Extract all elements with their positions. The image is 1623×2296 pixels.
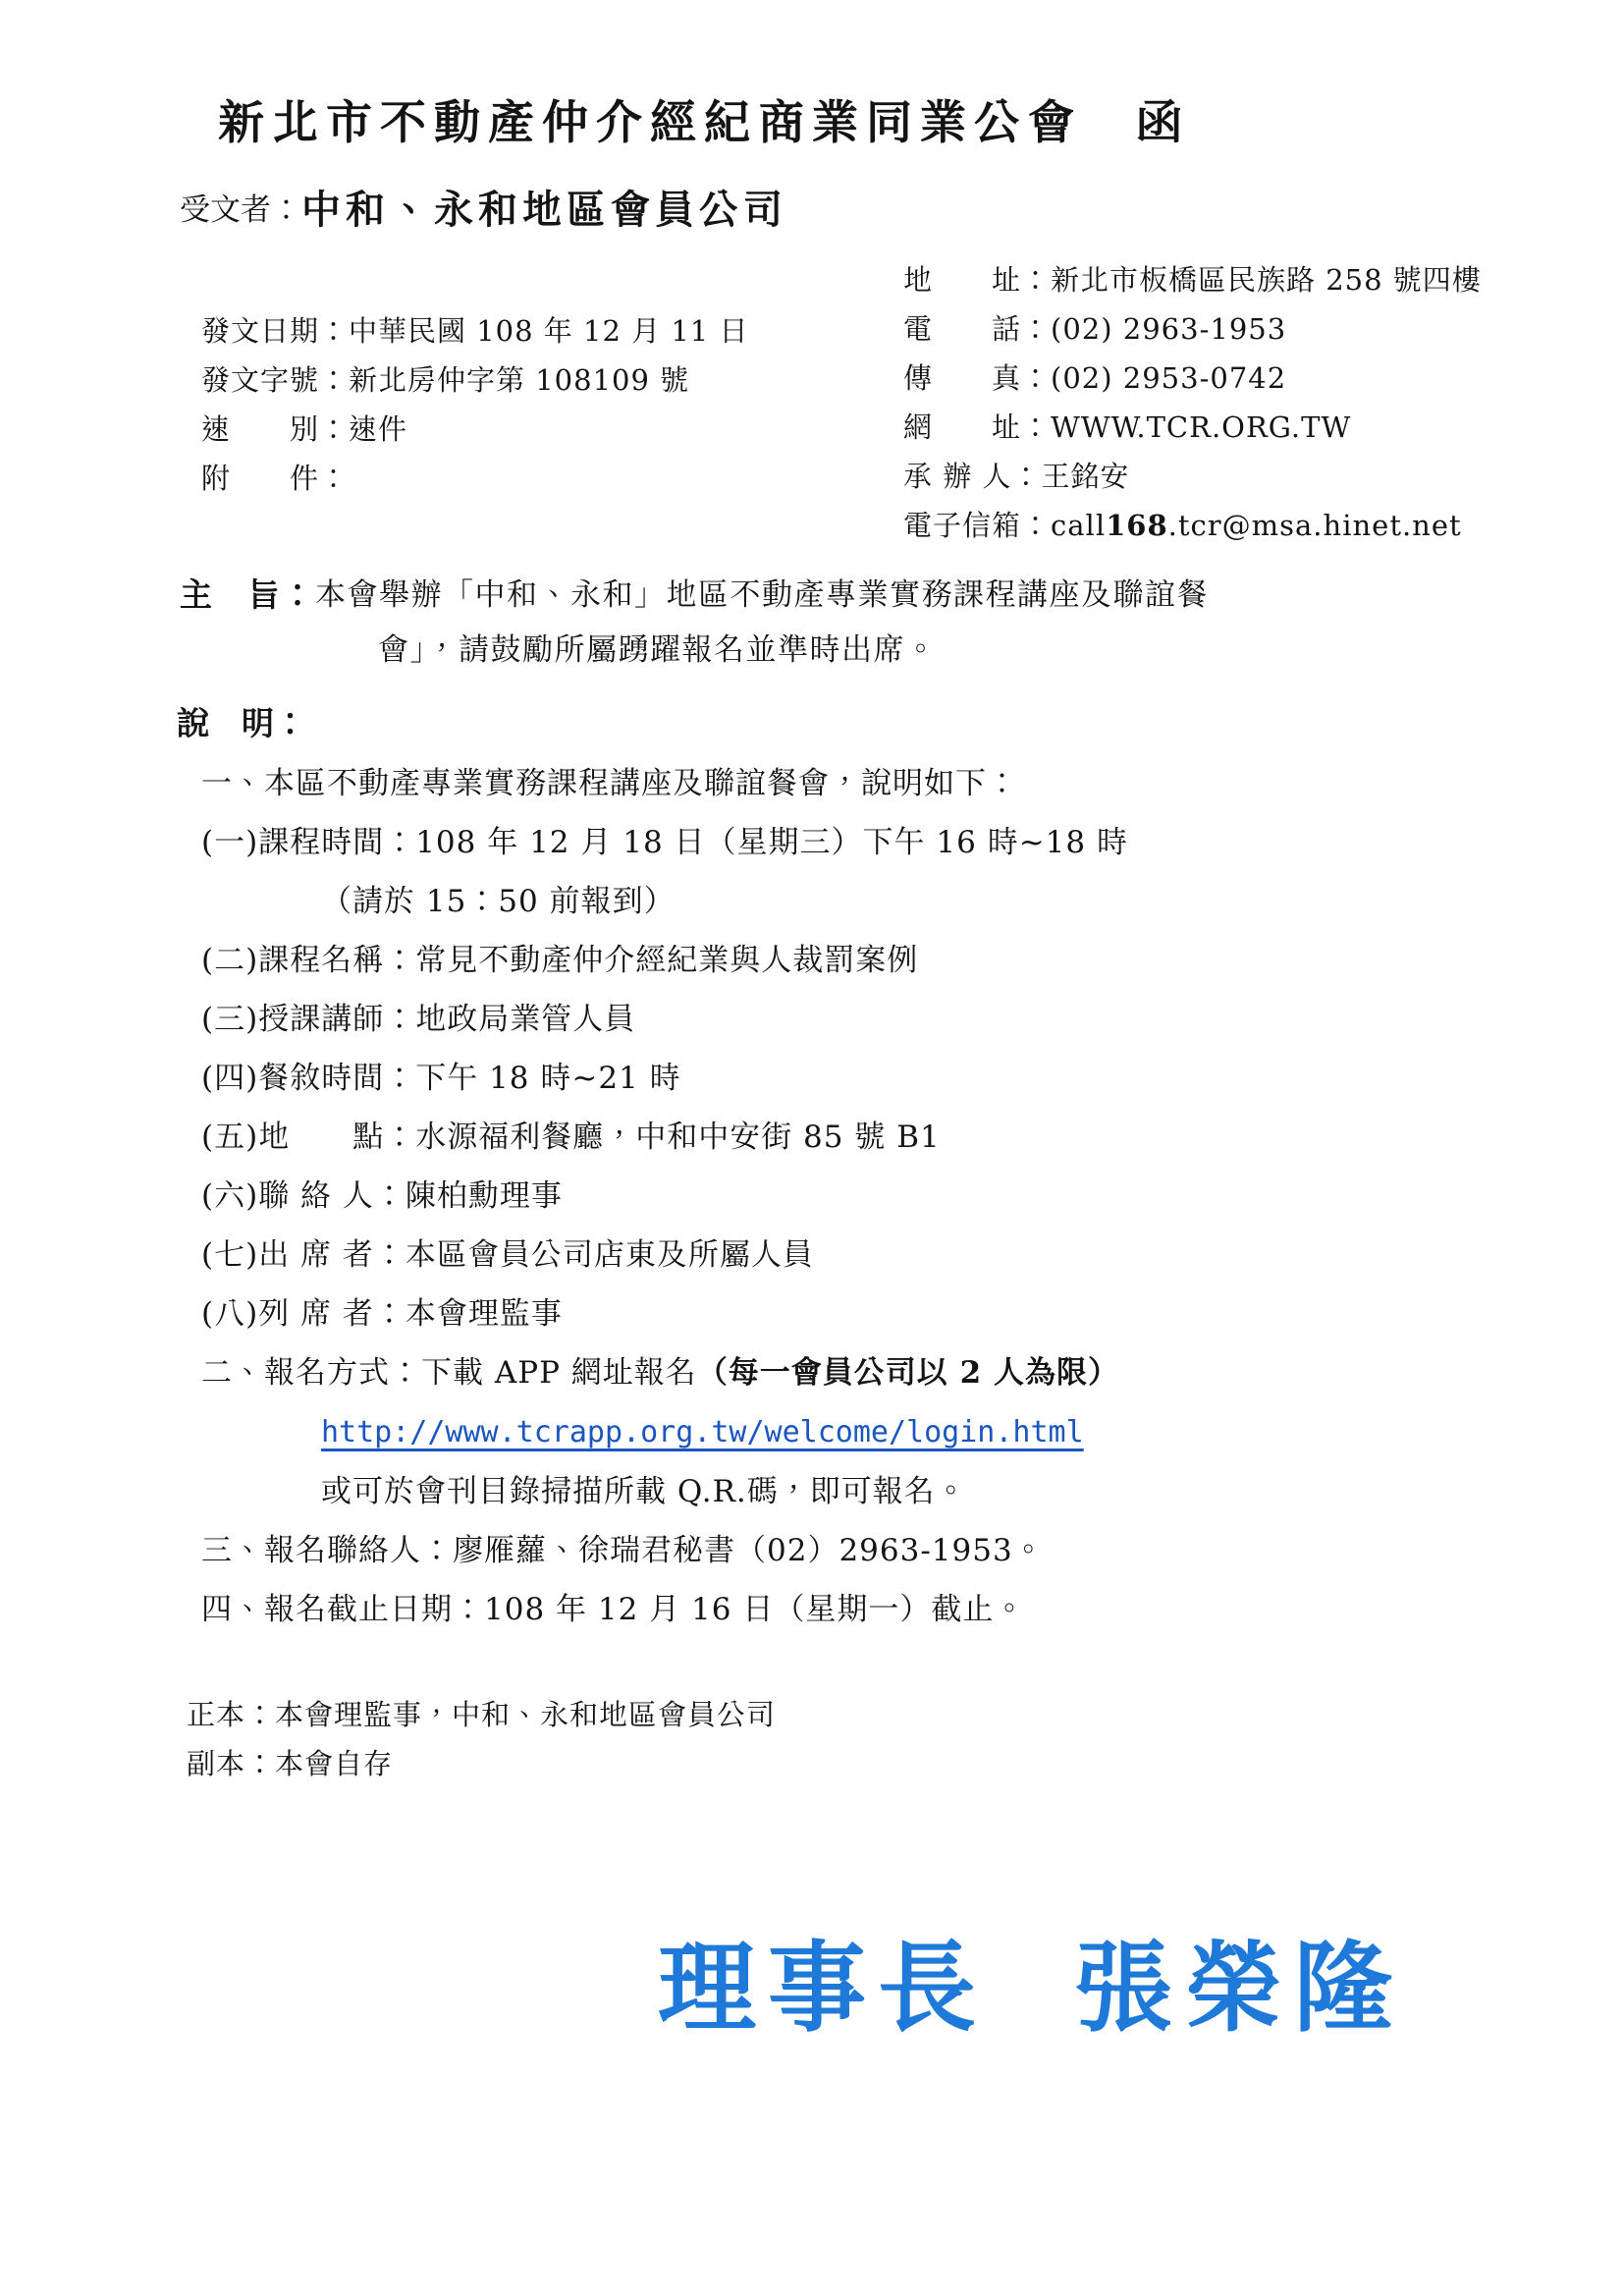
item-qr-note: 或可於會刊目錄掃描所載 Q.R.碼，即可報名。 (201, 1462, 1515, 1521)
address-row: 地 址：新北市板橋區民族路 258 號四樓 (903, 255, 1482, 304)
phone-value: (02) 2963-1953 (1051, 312, 1286, 346)
subject-line-2: 會」，請鼓勵所屬踴躍報名並準時出席。 (315, 623, 1209, 678)
subject-text: 本會舉辦「中和、永和」地區不動產專業實務課程講座及聯誼餐 會」，請鼓勵所屬踴躍報… (315, 568, 1209, 678)
explanation-heading: 說 明： (177, 695, 1515, 752)
original-copy-line: 正本：本會理監事，中和、永和地區會員公司 (187, 1690, 1515, 1739)
priority-label: 速 別： (201, 412, 349, 446)
fax-row: 傳 真：(02) 2953-0742 (903, 354, 1482, 403)
meta-right-column: 地 址：新北市板橋區民族路 258 號四樓 電 話：(02) 2963-1953… (903, 255, 1482, 550)
chairman-name: 張榮隆 (1074, 1930, 1404, 2046)
priority-row: 速 別：速件 (201, 405, 748, 454)
item-registration-url: http://www.tcrapp.org.tw/welcome/login.h… (201, 1402, 1515, 1462)
subject-line-1: 本會舉辦「中和、永和」地區不動產專業實務課程講座及聯誼餐 (315, 568, 1209, 623)
item-location: (五)地 點：水源福利餐廳，中和中安街 85 號 B1 (201, 1108, 1515, 1167)
email-label: 電子信箱： (903, 509, 1051, 542)
reference-number-row: 發文字號：新北房仲字第 108109 號 (201, 355, 748, 405)
issue-date-row: 發文日期：中華民國 108 年 12 月 11 日 (201, 306, 748, 355)
item-contact-person: (六)聯 絡 人：陳柏勳理事 (201, 1167, 1515, 1226)
fax-value: (02) 2953-0742 (1051, 361, 1286, 395)
registration-limit-note: （每一會員公司以 2 人為限） (697, 1355, 1119, 1391)
recipient-value: 中和、永和地區會員公司 (301, 185, 787, 236)
distribution-block: 正本：本會理監事，中和、永和地區會員公司 副本：本會自存 (187, 1690, 1515, 1788)
issue-date-label: 發文日期： (201, 314, 349, 348)
email-row: 電子信箱：call168.tcr@msa.hinet.net (903, 501, 1482, 550)
attachment-row: 附 件： (201, 454, 748, 503)
address-value: 新北市板橋區民族路 258 號四樓 (1051, 263, 1482, 297)
reference-number-value: 新北房仲字第 108109 號 (349, 363, 689, 397)
handler-row: 承 辦 人：王銘安 (903, 452, 1482, 501)
website-label: 網 址： (903, 410, 1051, 444)
address-label: 地 址： (903, 263, 1051, 297)
item-checkin-note: （請於 15：50 前報到） (201, 872, 1515, 931)
reference-number-label: 發文字號： (201, 363, 349, 397)
item-registration-contacts: 三、報名聯絡人：廖雁蘿、徐瑞君秘書（02）2963-1953。 (201, 1521, 1515, 1580)
meta-left-column: 發文日期：中華民國 108 年 12 月 11 日 發文字號：新北房仲字第 10… (201, 306, 748, 503)
item-course-time: (一)課程時間：108 年 12 月 18 日（星期三）下午 16 時~18 時 (201, 813, 1515, 872)
phone-row: 電 話：(02) 2963-1953 (903, 304, 1482, 354)
subject-block: 主 旨： 本會舉辦「中和、永和」地區不動產專業實務課程講座及聯誼餐 會」，請鼓勵… (180, 568, 1515, 678)
subject-label: 主 旨： (180, 568, 315, 678)
website-value: WWW.TCR.ORG.TW (1051, 410, 1351, 444)
phone-label: 電 話： (903, 312, 1051, 346)
website-row: 網 址：WWW.TCR.ORG.TW (903, 403, 1482, 452)
letter-metadata: 發文日期：中華民國 108 年 12 月 11 日 發文字號：新北房仲字第 10… (147, 255, 1515, 550)
registration-url-link[interactable]: http://www.tcrapp.org.tw/welcome/login.h… (321, 1415, 1084, 1449)
explanation-list: 一、本區不動產專業實務課程講座及聯誼餐會，說明如下： (一)課程時間：108 年… (201, 754, 1515, 1639)
fax-label: 傳 真： (903, 361, 1051, 395)
duplicate-copy-line: 副本：本會自存 (187, 1739, 1515, 1788)
attachment-label: 附 件： (201, 462, 349, 495)
item-section-1: 一、本區不動產專業實務課程講座及聯誼餐會，說明如下： (201, 754, 1515, 813)
item-course-name: (二)課程名稱：常見不動產仲介經紀業與人裁罰案例 (201, 931, 1515, 990)
priority-value: 速件 (349, 412, 407, 446)
handler-label: 承 辦 人： (903, 460, 1041, 493)
official-letter-page: 新北市不動產仲介經紀商業同業公會 函 受文者： 中和、永和地區會員公司 發文日期… (0, 0, 1623, 2296)
item-observers: (八)列 席 者：本會理監事 (201, 1285, 1515, 1343)
chairman-signature: 理事長張榮隆 (658, 1924, 1515, 2051)
item-attendees: (七)出 席 者：本區會員公司店東及所屬人員 (201, 1226, 1515, 1285)
item-lecturer: (三)授課講師：地政局業管人員 (201, 990, 1515, 1049)
handler-value: 王銘安 (1041, 460, 1129, 493)
email-value: call168.tcr@msa.hinet.net (1051, 509, 1462, 542)
item-registration-method: 二、報名方式：下載 APP 網址報名（每一會員公司以 2 人為限） (201, 1343, 1515, 1402)
recipient-label: 受文者： (180, 185, 301, 236)
document-title: 新北市不動產仲介經紀商業同業公會 函 (218, 88, 1515, 159)
item-dinner-time: (四)餐敘時間：下午 18 時~21 時 (201, 1049, 1515, 1108)
recipient-line: 受文者： 中和、永和地區會員公司 (180, 185, 1515, 236)
issue-date-value: 中華民國 108 年 12 月 11 日 (349, 314, 748, 348)
item-deadline: 四、報名截止日期：108 年 12 月 16 日（星期一）截止。 (201, 1580, 1515, 1639)
chairman-title: 理事長 (658, 1930, 988, 2046)
